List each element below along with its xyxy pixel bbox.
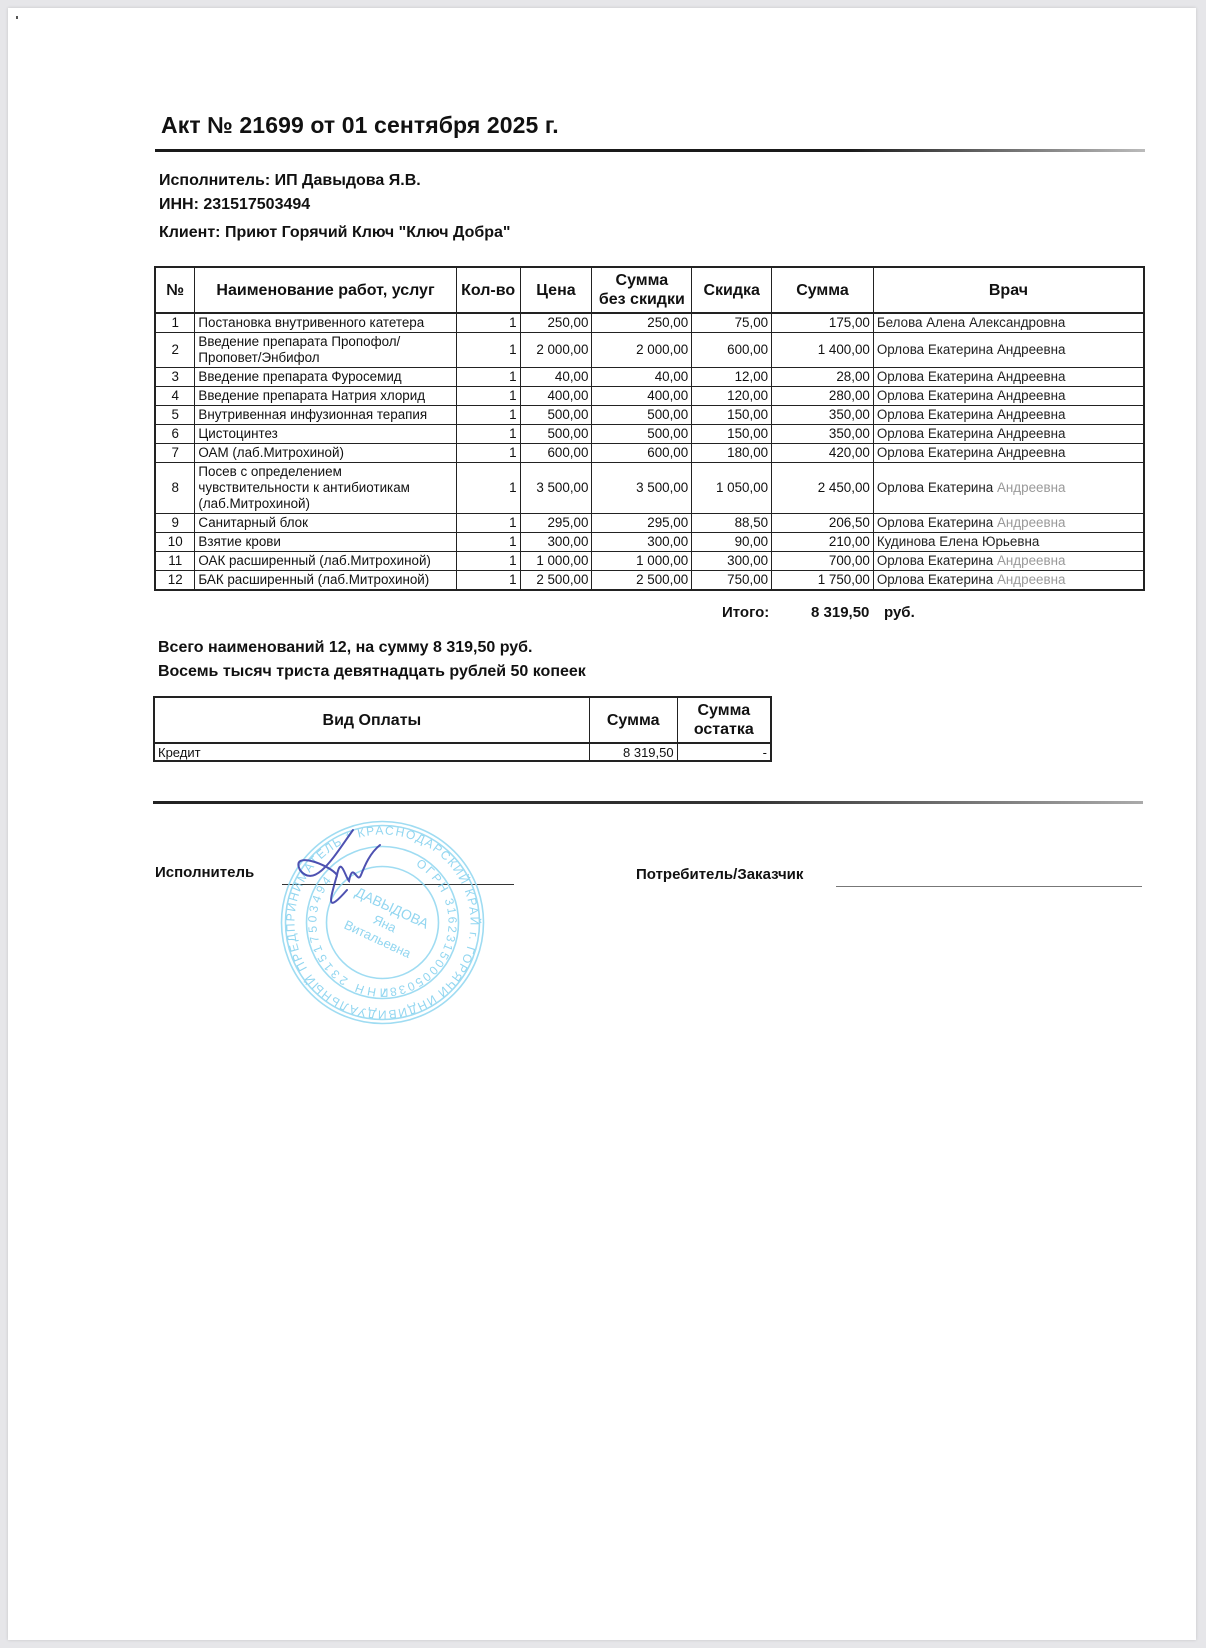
row-doctor: Орлова Екатерина Андреевна xyxy=(873,552,1144,571)
row-no: 6 xyxy=(155,425,195,444)
header-payment-sum: Сумма xyxy=(589,697,677,743)
row-no: 5 xyxy=(155,406,195,425)
row-name: ОАК расширенный (лаб.Митрохиной) xyxy=(195,552,456,571)
row-doctor: Белова Алена Александровна xyxy=(873,313,1144,333)
row-discount: 75,00 xyxy=(692,313,772,333)
row-doctor: Орлова Екатерина Андреевна xyxy=(873,368,1144,387)
row-no: 4 xyxy=(155,387,195,406)
row-qty: 1 xyxy=(456,313,520,333)
executor-info: Исполнитель: ИП Давыдова Я.В. xyxy=(159,172,421,190)
row-price: 250,00 xyxy=(520,313,592,333)
row-qty: 1 xyxy=(456,368,520,387)
row-sum: 175,00 xyxy=(772,313,874,333)
row-name: БАК расширенный (лаб.Митрохиной) xyxy=(195,571,456,591)
header-name: Наименование работ, услуг xyxy=(195,267,456,313)
row-price: 3 500,00 xyxy=(520,463,592,514)
row-sum: 700,00 xyxy=(772,552,874,571)
header-no: № xyxy=(155,267,195,313)
header-price: Цена xyxy=(520,267,592,313)
row-price: 40,00 xyxy=(520,368,592,387)
row-sum-no-discount: 250,00 xyxy=(592,313,692,333)
table-row: 3Введение препарата Фуросемид140,0040,00… xyxy=(155,368,1144,387)
table-row: 12БАК расширенный (лаб.Митрохиной)12 500… xyxy=(155,571,1144,591)
executor-signature-label: Исполнитель xyxy=(155,864,254,881)
row-no: 10 xyxy=(155,533,195,552)
row-sum-no-discount: 1 000,00 xyxy=(592,552,692,571)
row-price: 500,00 xyxy=(520,425,592,444)
row-name: Постановка внутривенного катетера xyxy=(195,313,456,333)
row-price: 400,00 xyxy=(520,387,592,406)
header-doctor: Врач xyxy=(873,267,1144,313)
table-row: 9Санитарный блок1295,00295,0088,50206,50… xyxy=(155,514,1144,533)
row-doctor: Орлова Екатерина Андреевна xyxy=(873,571,1144,591)
row-doctor: Орлова Екатерина Андреевна xyxy=(873,463,1144,514)
row-sum-no-discount: 3 500,00 xyxy=(592,463,692,514)
total-currency: руб. xyxy=(884,604,915,621)
total-value: 8 319,50 xyxy=(811,604,869,621)
header-sum-no-discount: Суммабез скидки xyxy=(592,267,692,313)
row-doctor: Орлова Екатерина Андреевна xyxy=(873,444,1144,463)
row-no: 9 xyxy=(155,514,195,533)
row-sum-no-discount: 300,00 xyxy=(592,533,692,552)
row-qty: 1 xyxy=(456,552,520,571)
row-sum-no-discount: 400,00 xyxy=(592,387,692,406)
row-no: 2 xyxy=(155,333,195,368)
client-signature-label: Потребитель/Заказчик xyxy=(636,866,803,883)
company-stamp-icon: ИНДИВИДУАЛЬНЫЙ ПРЕДПРИНИМАТЕЛЬ * КРАСНОД… xyxy=(275,815,490,1030)
row-price: 2 000,00 xyxy=(520,333,592,368)
inn-info: ИНН: 231517503494 xyxy=(159,196,310,214)
row-no: 3 xyxy=(155,368,195,387)
payment-table: Вид Оплаты Сумма Суммаостатка Кредит 8 3… xyxy=(153,696,772,762)
row-sum: 28,00 xyxy=(772,368,874,387)
header-qty: Кол-во xyxy=(456,267,520,313)
row-sum: 420,00 xyxy=(772,444,874,463)
row-price: 1 000,00 xyxy=(520,552,592,571)
row-name: Введение препарата Фуросемид xyxy=(195,368,456,387)
client-signature-line xyxy=(836,886,1142,887)
table-row: 6Цистоцинтез1500,00500,00150,00350,00Орл… xyxy=(155,425,1144,444)
row-qty: 1 xyxy=(456,533,520,552)
row-doctor: Орлова Екатерина Андреевна xyxy=(873,333,1144,368)
row-discount: 180,00 xyxy=(692,444,772,463)
row-no: 8 xyxy=(155,463,195,514)
total-label: Итого: xyxy=(722,604,769,621)
row-qty: 1 xyxy=(456,333,520,368)
row-doctor: Орлова Екатерина Андреевна xyxy=(873,514,1144,533)
row-sum: 280,00 xyxy=(772,387,874,406)
row-price: 500,00 xyxy=(520,406,592,425)
payment-sum: 8 319,50 xyxy=(589,743,677,761)
row-qty: 1 xyxy=(456,463,520,514)
row-no: 11 xyxy=(155,552,195,571)
row-doctor: Кудинова Елена Юрьевна xyxy=(873,533,1144,552)
table-row: 11ОАК расширенный (лаб.Митрохиной)11 000… xyxy=(155,552,1144,571)
row-name: Санитарный блок xyxy=(195,514,456,533)
row-no: 7 xyxy=(155,444,195,463)
row-name: Введение препарата Натрия хлорид xyxy=(195,387,456,406)
row-sum-no-discount: 2 500,00 xyxy=(592,571,692,591)
row-sum: 350,00 xyxy=(772,425,874,444)
document-sheet xyxy=(8,8,1196,1640)
row-name: Введение препарата Пропофол/Проповет/Энб… xyxy=(195,333,456,368)
table-row: 7ОАМ (лаб.Митрохиной)1600,00600,00180,00… xyxy=(155,444,1144,463)
row-sum: 350,00 xyxy=(772,406,874,425)
row-qty: 1 xyxy=(456,571,520,591)
row-sum: 1 750,00 xyxy=(772,571,874,591)
payment-remainder: - xyxy=(677,743,771,761)
header-sum: Сумма xyxy=(772,267,874,313)
scan-speck xyxy=(16,16,18,19)
table-row: 4Введение препарата Натрия хлорид1400,00… xyxy=(155,387,1144,406)
header-payment-type: Вид Оплаты xyxy=(154,697,589,743)
row-discount: 1 050,00 xyxy=(692,463,772,514)
row-name: ОАМ (лаб.Митрохиной) xyxy=(195,444,456,463)
row-name: Внутривенная инфузионная терапия xyxy=(195,406,456,425)
row-no: 1 xyxy=(155,313,195,333)
row-doctor: Орлова Екатерина Андреевна xyxy=(873,425,1144,444)
row-sum-no-discount: 600,00 xyxy=(592,444,692,463)
row-sum-no-discount: 500,00 xyxy=(592,425,692,444)
table-row: 1Постановка внутривенного катетера1250,0… xyxy=(155,313,1144,333)
row-discount: 120,00 xyxy=(692,387,772,406)
act-title: Акт № 21699 от 01 сентября 2025 г. xyxy=(161,112,559,139)
row-qty: 1 xyxy=(456,406,520,425)
client-info: Клиент: Приют Горячий Ключ "Ключ Добра" xyxy=(159,224,510,242)
row-price: 300,00 xyxy=(520,533,592,552)
row-qty: 1 xyxy=(456,387,520,406)
row-name: Посев с определением чувствительности к … xyxy=(195,463,456,514)
table-row: 2Введение препарата Пропофол/Проповет/Эн… xyxy=(155,333,1144,368)
table-row: 8Посев с определением чувствительности к… xyxy=(155,463,1144,514)
row-name: Взятие крови xyxy=(195,533,456,552)
row-name: Цистоцинтез xyxy=(195,425,456,444)
row-doctor: Орлова Екатерина Андреевна xyxy=(873,406,1144,425)
payment-row: Кредит 8 319,50 - xyxy=(154,743,771,761)
row-discount: 300,00 xyxy=(692,552,772,571)
row-qty: 1 xyxy=(456,444,520,463)
row-discount: 90,00 xyxy=(692,533,772,552)
row-price: 295,00 xyxy=(520,514,592,533)
row-discount: 600,00 xyxy=(692,333,772,368)
row-sum: 206,50 xyxy=(772,514,874,533)
row-discount: 150,00 xyxy=(692,406,772,425)
amount-in-words: Восемь тысяч триста девятнадцать рублей … xyxy=(158,663,586,681)
row-sum: 1 400,00 xyxy=(772,333,874,368)
services-header-row: № Наименование работ, услуг Кол-во Цена … xyxy=(155,267,1144,313)
row-sum: 2 450,00 xyxy=(772,463,874,514)
row-no: 12 xyxy=(155,571,195,591)
row-qty: 1 xyxy=(456,425,520,444)
row-sum-no-discount: 2 000,00 xyxy=(592,333,692,368)
header-discount: Скидка xyxy=(692,267,772,313)
row-sum-no-discount: 295,00 xyxy=(592,514,692,533)
table-row: 5Внутривенная инфузионная терапия1500,00… xyxy=(155,406,1144,425)
header-payment-remainder: Суммаостатка xyxy=(677,697,771,743)
row-discount: 12,00 xyxy=(692,368,772,387)
payment-type: Кредит xyxy=(154,743,589,761)
row-price: 600,00 xyxy=(520,444,592,463)
row-qty: 1 xyxy=(456,514,520,533)
row-sum-no-discount: 500,00 xyxy=(592,406,692,425)
footer-divider xyxy=(153,801,1143,804)
row-discount: 150,00 xyxy=(692,425,772,444)
row-price: 2 500,00 xyxy=(520,571,592,591)
title-divider xyxy=(155,149,1145,152)
row-doctor: Орлова Екатерина Андреевна xyxy=(873,387,1144,406)
services-table: № Наименование работ, услуг Кол-во Цена … xyxy=(154,266,1145,591)
row-sum: 210,00 xyxy=(772,533,874,552)
row-discount: 88,50 xyxy=(692,514,772,533)
payment-header-row: Вид Оплаты Сумма Суммаостатка xyxy=(154,697,771,743)
row-sum-no-discount: 40,00 xyxy=(592,368,692,387)
table-row: 10Взятие крови1300,00300,0090,00210,00Ку… xyxy=(155,533,1144,552)
row-discount: 750,00 xyxy=(692,571,772,591)
items-summary: Всего наименований 12, на сумму 8 319,50… xyxy=(158,639,533,657)
